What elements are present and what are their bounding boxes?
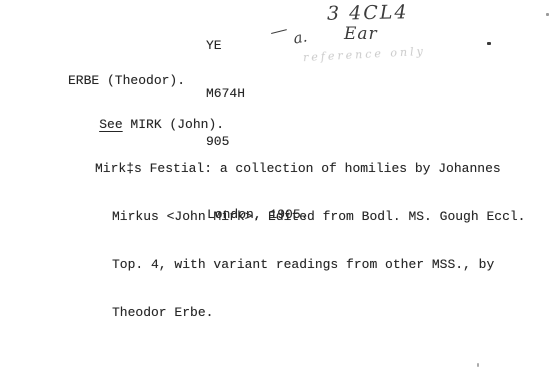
description-line: Mirkus <John Mirk>. Edited from Bodl. MS… (112, 209, 525, 225)
handwritten-initial: a. (270, 10, 315, 87)
pencil-note: reference only (303, 45, 426, 64)
handwritten-shelfmark-ear: Ear (344, 24, 378, 44)
author-heading: ERBE (Theodor). (68, 73, 185, 89)
handwritten-initial-text: a. (292, 27, 309, 47)
imprint: London, 1905. (207, 207, 308, 223)
handwritten-shelfmark: 3 4CL4 (327, 1, 409, 24)
call-number-line: YE (206, 38, 245, 54)
description-paragraph: Mirk‡s Festial: a collection of homilies… (95, 129, 525, 353)
description-line: Mirk‡s Festial: a collection of homilies… (95, 161, 525, 177)
call-number-line: M674H (206, 86, 245, 102)
description-line: Top. 4, with variant readings from other… (112, 257, 525, 273)
handwritten-underline-stroke (271, 29, 287, 34)
description-line: Theodor Erbe. (112, 305, 525, 321)
ink-speck (487, 42, 491, 45)
catalog-card: YE M674H 905 a. 3 4CL4 Ear reference onl… (0, 0, 550, 374)
ink-speck (477, 363, 479, 367)
ink-speck (546, 13, 549, 16)
